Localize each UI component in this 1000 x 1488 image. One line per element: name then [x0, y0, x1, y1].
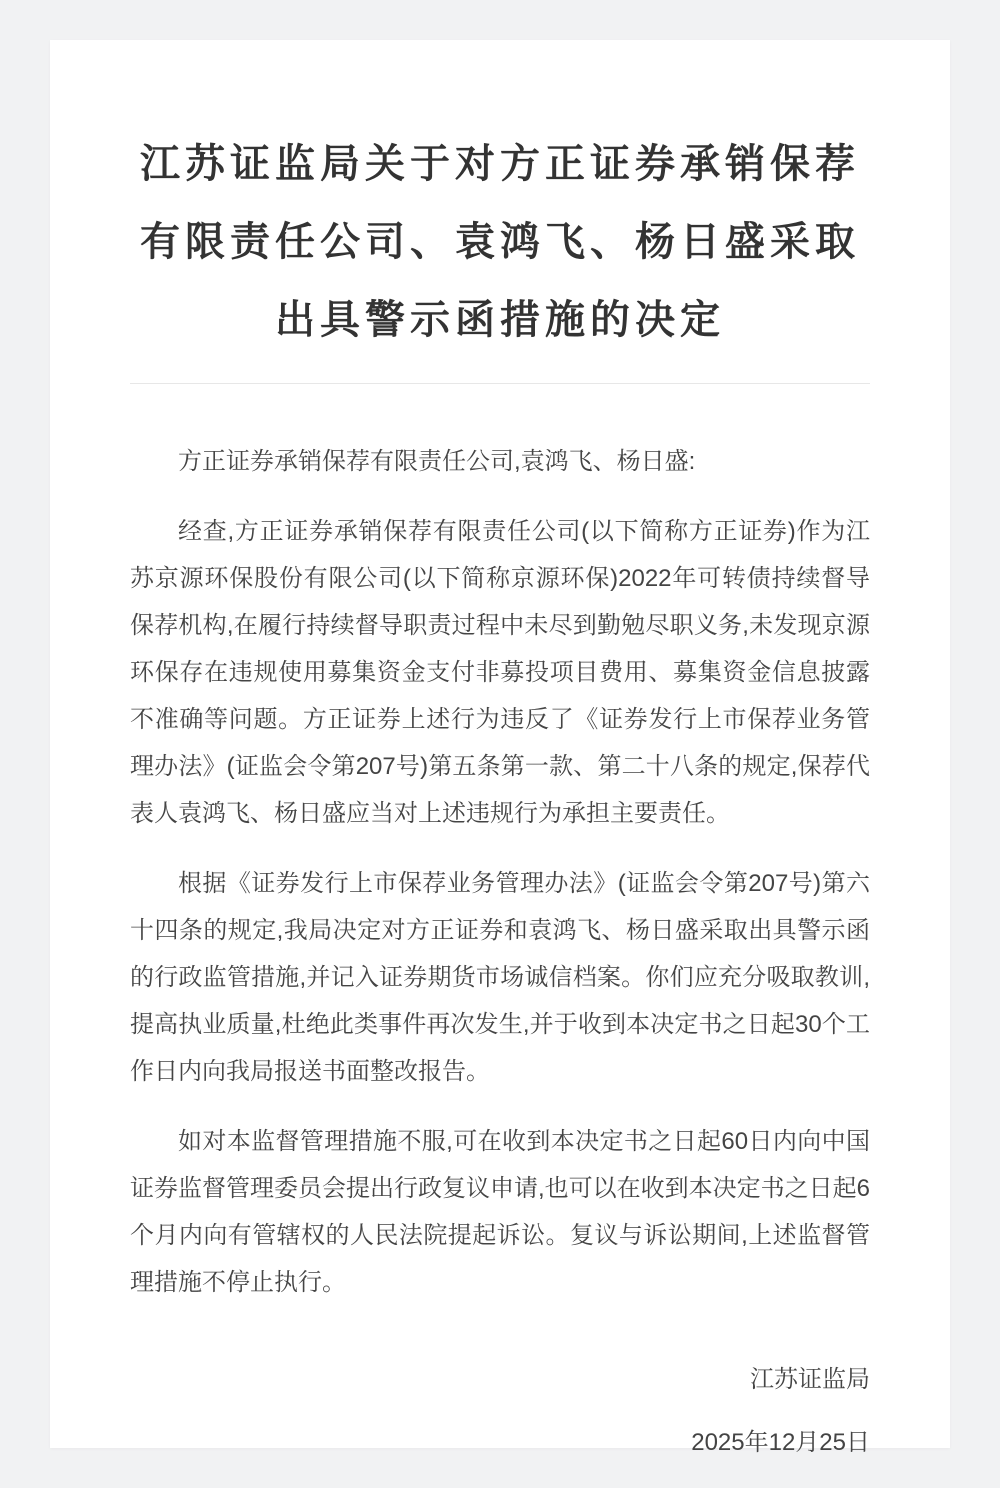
issue-date: 2025年12月25日 — [130, 1419, 870, 1466]
paragraph-findings: 经查,方正证券承销保荐有限责任公司(以下简称方正证券)作为江苏京源环保股份有限公… — [130, 508, 870, 837]
document-title-line-3: 出具警示函措施的决定 — [130, 281, 870, 359]
document-title: 江苏证监局关于对方正证券承销保荐 有限责任公司、袁鸿飞、杨日盛采取 出具警示函措… — [130, 125, 870, 359]
document-title-line-2: 有限责任公司、袁鸿飞、杨日盛采取 — [130, 203, 870, 281]
document-card: 江苏证监局关于对方正证券承销保荐 有限责任公司、袁鸿飞、杨日盛采取 出具警示函措… — [50, 40, 950, 1448]
page-background: 江苏证监局关于对方正证券承销保荐 有限责任公司、袁鸿飞、杨日盛采取 出具警示函措… — [0, 0, 1000, 1488]
title-divider — [130, 383, 870, 384]
issuer-signature: 江苏证监局 — [130, 1356, 870, 1403]
salutation: 方正证券承销保荐有限责任公司,袁鸿飞、杨日盛: — [130, 438, 870, 485]
paragraph-appeal: 如对本监督管理措施不服,可在收到本决定书之日起60日内向中国证券监督管理委员会提… — [130, 1118, 870, 1306]
signature-block: 江苏证监局 2025年12月25日 — [130, 1356, 870, 1466]
paragraph-decision: 根据《证券发行上市保荐业务管理办法》(证监会令第207号)第六十四条的规定,我局… — [130, 860, 870, 1095]
document-title-line-1: 江苏证监局关于对方正证券承销保荐 — [130, 125, 870, 203]
document-body: 方正证券承销保荐有限责任公司,袁鸿飞、杨日盛: 经查,方正证券承销保荐有限责任公… — [130, 438, 870, 1306]
